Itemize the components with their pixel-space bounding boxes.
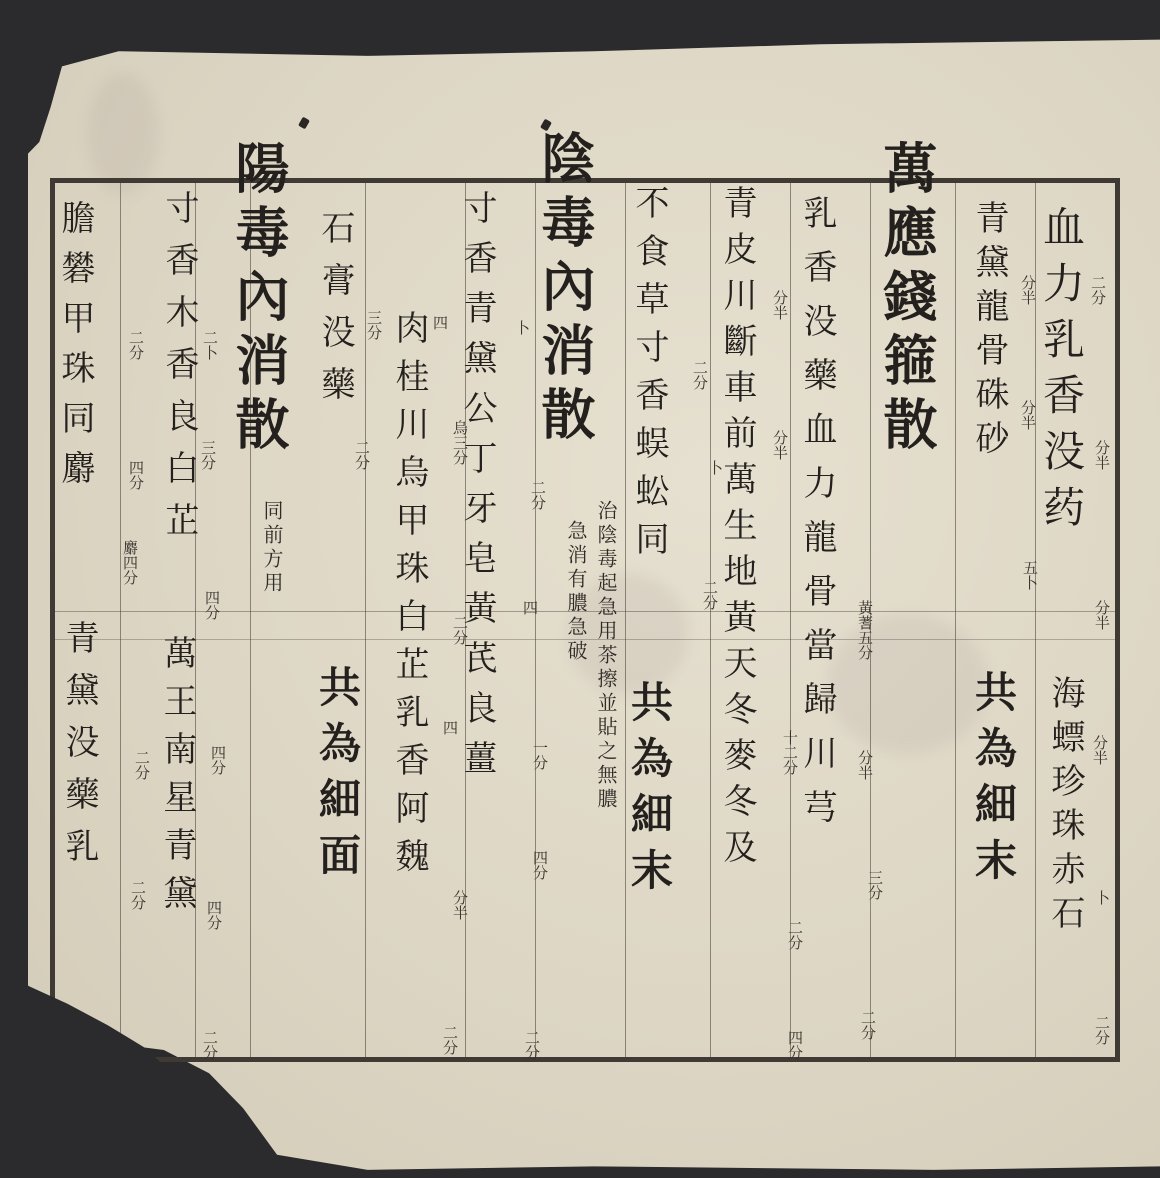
usage-note: 急消有膿急破 [566,520,586,664]
quantity-annotation: 二分 [700,580,721,610]
prescription-column: 石膏没藥 [318,210,352,418]
quantity-annotation: 二卜 [200,330,221,360]
quantity-annotation: 四分 [204,900,225,930]
paper-stain [88,74,158,194]
quantity-annotation: 五卜 [1020,560,1041,590]
quantity-annotation: 分半 [770,430,791,460]
quantity-annotation: 二分 [1092,1015,1113,1045]
quantity-annotation: 分半 [770,290,791,320]
quantity-annotation: 麝四分 [120,540,141,585]
quantity-annotation: 二分 [528,480,549,510]
prescription-column: 寸香木香良白芷 [162,190,196,554]
quantity-annotation: 四分 [208,745,229,775]
prescription-column: 海螵珍珠赤石 [1048,675,1082,939]
quantity-annotation: 二分 [128,880,149,910]
quantity-annotation: 四分 [202,590,223,620]
prescription-column: 乳香没藥血力龍骨當歸川芎 [800,195,834,843]
quantity-annotation: 烏三分 [450,420,471,465]
quantity-annotation: 二分 [785,920,806,950]
usage-note: 同前方用 [262,500,282,596]
instruction-text: 共為細面 [316,665,358,889]
quantity-annotation: 十二分 [780,730,801,775]
quantity-annotation: 三分 [865,870,886,900]
quantity-annotation: 四分 [126,460,147,490]
prescription-column: 肉桂川烏甲珠白芷乳香阿魏 [392,310,426,886]
prescription-column: 膽礬甲珠同麝 [58,200,92,500]
quantity-annotation: 二分 [522,1030,543,1060]
quantity-annotation: 四 [520,600,541,615]
quantity-annotation: 分半 [1090,735,1111,765]
quantity-annotation: 卜 [512,320,533,335]
quantity-annotation: 分半 [855,750,876,780]
prescription-column: 青皮川斷車前萬生地黃天冬麥冬及 [720,185,754,875]
column-rule [625,183,626,1057]
prescription-column: 青黛没藥乳 [62,620,96,880]
usage-note: 治陰毒起急用茶擦並貼之無膿 [596,500,616,812]
quantity-annotation: 二分 [690,360,711,390]
quantity-annotation: 二分 [352,440,373,470]
quantity-annotation: 二分 [126,330,147,360]
prescription-column: 血力乳香没药 [1040,205,1082,541]
instruction-text: 共為細末 [628,680,670,904]
quantity-annotation: 二分 [858,1010,879,1040]
quantity-annotation: 四分 [785,1030,806,1060]
quantity-annotation: 分半 [450,890,471,920]
quantity-annotation: 分半 [1018,400,1039,430]
quantity-annotation: 四分 [530,850,551,880]
formula-heading: 陰毒內消散 [538,130,592,450]
prescription-column: 寸香青黛公丁牙皂黃芪良薑 [460,190,494,790]
quantity-annotation: 四 [430,315,451,330]
quantity-annotation: 二分 [450,615,471,645]
quantity-annotation: 二分 [200,1030,221,1060]
instruction-text: 共為細末 [972,670,1014,894]
quantity-annotation: 分半 [1018,275,1039,305]
prescription-column: 青黛龍骨硃砂 [972,200,1006,464]
column-rule [120,183,121,1057]
prescription-column: 不食草寸香蜈蚣同 [632,185,666,569]
quantity-annotation: 一分 [530,740,551,770]
quantity-annotation: 卜 [1092,890,1113,905]
formula-heading: 陽毒內消散 [232,140,286,460]
quantity-annotation: 分半 [1092,440,1113,470]
quantity-annotation: 二分 [1088,275,1109,305]
column-rule [1035,183,1036,1057]
quantity-annotation: 黃蓍五分 [855,600,876,660]
quantity-annotation: 三分 [198,440,219,470]
column-rule [955,183,956,1057]
quantity-annotation: 二分 [132,750,153,780]
prescription-column: 萬王南星青黛 [160,635,194,923]
quantity-annotation: 卜 [705,460,726,475]
column-rule [710,183,711,1057]
quantity-annotation: 三分 [364,310,385,340]
quantity-annotation: 分半 [1092,600,1113,630]
quantity-annotation: 四 [440,720,461,735]
quantity-annotation: 二分 [440,1025,461,1055]
formula-heading: 萬應錢箍散 [880,140,934,460]
